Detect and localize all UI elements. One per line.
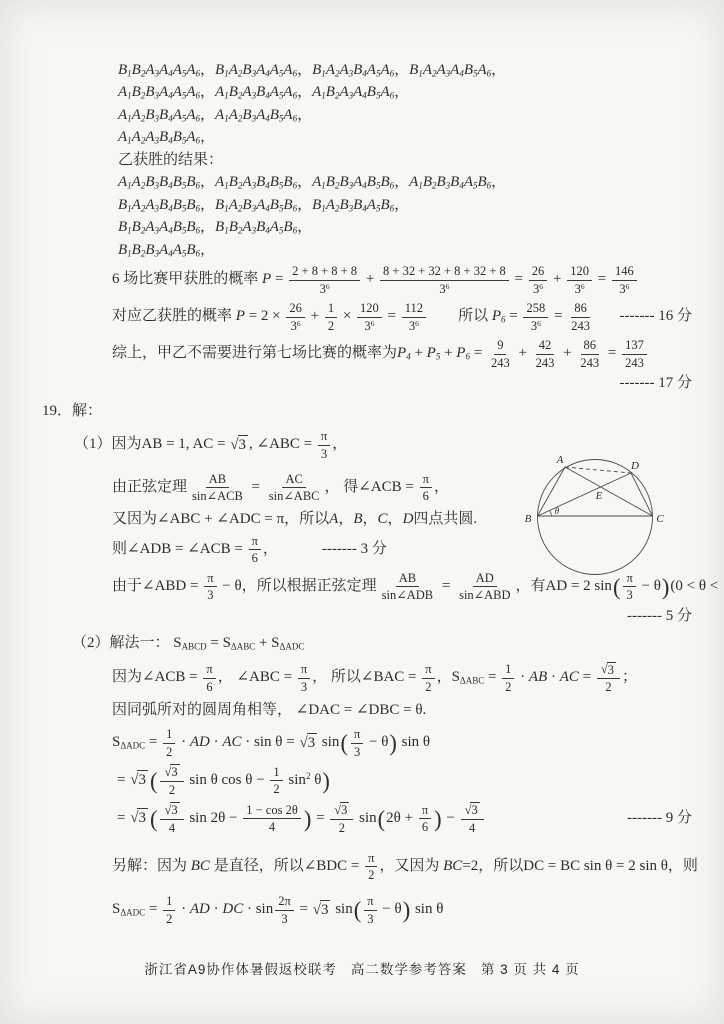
math-text: （2）解法一： SABCD = SΔABC + SΔADC	[72, 634, 304, 654]
math-text: ，	[394, 173, 409, 193]
math-text: ；	[622, 668, 637, 688]
math-text: ，	[200, 218, 215, 238]
sqrt-radical: √3	[299, 733, 317, 754]
math-line: A1A2B3B4A5A6，A1A2B3A4B5A6，	[118, 106, 724, 126]
math-line: = √3(√32 sin θ cos θ − 12 sin2 θ)	[117, 763, 724, 799]
outcome-sequence: A1B2B3B4A5B6	[409, 173, 491, 193]
math-text: 243	[625, 356, 644, 371]
fraction: 12	[270, 765, 282, 798]
big-paren: )	[403, 899, 411, 922]
math-variable: P5	[427, 344, 441, 364]
sqrt-radical: √3	[130, 770, 148, 791]
math-text: 36	[533, 282, 543, 297]
fraction: 12	[502, 662, 514, 695]
math-text: ，	[297, 218, 312, 238]
math-text: 4	[269, 820, 275, 835]
math-line: 6 场比赛甲获胜的概率 P = 2 + 8 + 8 + 836 + 8 + 32…	[112, 263, 724, 298]
math-text: 3	[171, 803, 177, 818]
outcome-sequence: B1A2B3A4B5B6	[215, 196, 297, 216]
math-text: 9	[497, 338, 503, 353]
math-text: 6	[423, 489, 429, 504]
math-text: 3	[608, 663, 614, 678]
outcome-sequence: A1A2B3B4B5B6	[118, 173, 200, 193]
math-text: 19．解：	[42, 402, 102, 422]
math-text: 243	[491, 356, 510, 371]
math-line: SΔADC = 12 · AD · DC · sin2π3 = √3 sin(π…	[112, 893, 724, 928]
fraction: 137243	[622, 338, 647, 371]
math-text: ------- 9 分	[627, 809, 692, 829]
math-text: =	[271, 270, 287, 290]
math-text: 所以	[458, 307, 492, 327]
math-text: 26	[289, 301, 302, 316]
math-text: − θ	[365, 733, 388, 753]
math-text: +	[411, 344, 427, 364]
math-text: 8 + 32 + 32 + 8 + 32 + 8	[383, 264, 506, 279]
math-text: SΔADC =	[112, 900, 161, 920]
math-text: π	[206, 662, 212, 677]
math-text: 2	[169, 783, 175, 798]
math-text: 120	[570, 264, 589, 279]
outcome-sequence: B1B2A3A4A5A6	[118, 61, 200, 81]
outcome-sequence: A1B2B3A4A5A6	[118, 83, 200, 103]
math-text: ------- 3 分	[322, 540, 387, 560]
math-text: =	[470, 344, 486, 364]
math-text: ，	[200, 241, 215, 261]
math-text: 3	[171, 765, 177, 780]
math-text: − θ	[379, 900, 402, 920]
math-text: sin	[355, 809, 376, 829]
math-text: 4	[469, 821, 475, 836]
math-text: 36	[575, 282, 585, 297]
math-text: ，	[394, 61, 409, 81]
fraction: 14636	[612, 264, 637, 297]
math-line: 因为∠ACB = π6， ∠ABC = π3， 所以∠BAC = π2，SΔAB…	[112, 661, 724, 697]
math-text: 是直径，所以∠BDC =	[210, 857, 363, 877]
math-text: sin θ	[411, 900, 443, 920]
math-text: 120	[360, 301, 379, 316]
math-text: 258	[526, 301, 545, 316]
outcome-sequence: A1A2B3B4A5A6	[118, 106, 200, 126]
fraction: 12036	[567, 264, 592, 297]
fraction: √32	[330, 802, 353, 836]
fraction: √34	[160, 802, 183, 836]
math-text: 3	[239, 436, 247, 456]
math-text: ，	[332, 435, 347, 455]
math-text: +	[362, 270, 378, 290]
math-text: 1	[328, 301, 334, 316]
math-variable: AC	[560, 668, 579, 688]
math-text: sin θ cos θ −	[186, 771, 269, 791]
fraction: 1 − cos 2θ4	[243, 803, 301, 836]
math-line: 另解：因为 BC 是直径，所以∠BDC = π2，又因为 BC=2，所以DC =…	[112, 850, 724, 885]
math-text: +	[549, 270, 565, 290]
math-text: ，	[263, 540, 278, 560]
math-line: 因同弧所对的圆周角相等， ∠DAC = ∠DBC = θ.	[112, 701, 724, 721]
math-text: =2，所以DC = BC sin θ = 2 sin θ，则	[462, 857, 698, 877]
outcome-sequence: B1A2A3B4B5B6	[118, 196, 200, 216]
math-text: 42	[539, 338, 552, 353]
math-text: ·	[516, 668, 529, 688]
math-text: sin	[331, 900, 352, 920]
big-paren: (	[354, 899, 362, 922]
math-variable: P	[262, 270, 271, 290]
math-text: ·	[547, 668, 560, 688]
math-text: sin∠ADB	[382, 588, 433, 603]
math-text: ，	[200, 173, 215, 193]
math-text: 3	[308, 734, 316, 754]
math-text: 综上，甲乙不需要进行第七场比赛的概率为	[112, 344, 397, 364]
math-text: ，	[297, 106, 312, 126]
math-text: · sin	[243, 900, 273, 920]
math-text: π	[252, 534, 258, 549]
math-text: π	[368, 851, 374, 866]
math-text: ，	[297, 173, 312, 193]
math-text: 1	[166, 727, 172, 742]
angle-theta-arc	[550, 511, 552, 517]
outcome-sequence: B1B2A3B4A5B6	[215, 218, 297, 238]
fraction: 12	[163, 727, 175, 760]
vertex-label-C: C	[656, 513, 664, 525]
math-text: ，	[394, 83, 409, 103]
fraction: 25836	[523, 301, 548, 334]
math-text: · sin θ =	[242, 733, 299, 753]
math-text: sin 2θ −	[186, 809, 242, 829]
outcome-sequence: A1B2B3A4B5B6	[312, 173, 394, 193]
math-text: +	[307, 307, 323, 327]
math-text: =	[438, 577, 454, 597]
math-text: 2	[605, 680, 611, 695]
fraction: ABsin∠ACB	[189, 472, 246, 505]
math-line: A1A2B3B4B5B6，A1B2A3B4B5B6，A1B2B3A4B5B6，A…	[118, 173, 724, 193]
scanned-answer-page: B1B2A3A4A5A6，B1A2B3A4A5A6，B1A2A3B4A5A6，B…	[0, 0, 724, 1024]
math-text: π	[423, 472, 429, 487]
fraction: 11236	[402, 301, 426, 334]
math-text: =	[296, 900, 312, 920]
vertex-label-E: E	[595, 490, 603, 502]
math-text: ------- 5 分	[627, 607, 692, 627]
math-variable: AB	[529, 668, 547, 688]
math-text: 243	[580, 356, 599, 371]
math-text: 243	[536, 356, 555, 371]
fraction: 42243	[533, 338, 558, 371]
big-paren: (	[378, 807, 386, 830]
math-text: 36	[439, 282, 449, 297]
math-text: sin θ	[398, 733, 430, 753]
math-text: 因为∠ACB =	[112, 668, 201, 688]
math-text: 36	[320, 282, 330, 297]
math-text: ，	[200, 106, 215, 126]
math-text: −	[443, 809, 459, 829]
fraction: √32	[597, 662, 620, 696]
math-text: sin2 θ	[285, 771, 322, 791]
math-text: π	[354, 727, 360, 742]
math-text: =	[604, 344, 620, 364]
math-text: π	[422, 803, 428, 818]
math-variable: P6	[492, 307, 506, 327]
math-text: 2	[425, 680, 431, 695]
math-text: 3	[471, 803, 477, 818]
fraction: 2π3	[275, 894, 294, 927]
math-text: 36	[364, 319, 374, 334]
footer-exam-name: 浙江省A9协作体暑假返校联考	[144, 962, 337, 977]
math-variable: BC	[443, 857, 462, 877]
math-variable: AD	[190, 733, 210, 753]
math-text: AD	[476, 571, 494, 586]
math-line: B1B2B3A4A5B6，	[118, 241, 724, 261]
fraction: 86243	[577, 338, 602, 371]
circle-geometry-figure: A D B C E θ	[512, 436, 688, 600]
math-text: sin∠ACB	[192, 489, 243, 504]
vertex-label-B: B	[525, 513, 532, 525]
math-text: 2	[339, 821, 345, 836]
chord-AC	[565, 467, 653, 516]
math-text: ，又因为	[379, 857, 443, 877]
outcome-sequence: B1B2B3A4A5B6	[118, 241, 200, 261]
math-text: ，	[363, 510, 378, 530]
math-text: 3	[321, 447, 327, 462]
fraction: π3	[204, 571, 216, 604]
math-text: =	[384, 307, 400, 327]
math-text: AB	[399, 571, 416, 586]
big-paren: (	[340, 732, 348, 755]
math-text: 1	[273, 765, 279, 780]
fraction: 86243	[568, 301, 593, 334]
fraction: √32	[160, 764, 183, 798]
math-text: 86	[584, 338, 597, 353]
math-text: ，	[338, 510, 353, 530]
footer-subject: 高二数学参考答案	[351, 962, 467, 977]
math-line: 综上，甲乙不需要进行第七场比赛的概率为P4 + P5 + P6 = 9243 +…	[112, 337, 724, 372]
math-text: ， 得∠ACB =	[325, 478, 418, 498]
math-text: ·	[210, 733, 223, 753]
big-paren: )	[322, 769, 330, 792]
math-variable: B	[353, 510, 362, 530]
fraction: π3	[351, 727, 363, 760]
sqrt-radical: √3	[164, 764, 179, 780]
math-text: 1	[166, 894, 172, 909]
math-variable: C	[378, 510, 388, 530]
sqrt-radical: √3	[130, 808, 148, 829]
math-text: π	[321, 429, 327, 444]
math-text: ，	[200, 196, 215, 216]
math-text: 6	[422, 820, 428, 835]
math-variable: P6	[456, 344, 470, 364]
math-text: =	[248, 478, 264, 498]
sqrt-radical: √3	[601, 662, 616, 678]
math-line: B1A2A3B4B5B6，B1A2B3A4B5B6，B1A2B3B4A5B6，	[118, 196, 724, 216]
fraction: π2	[422, 662, 434, 695]
math-variable: AD	[190, 900, 210, 920]
math-text: ------- 16 分	[620, 307, 692, 327]
math-text: =	[550, 307, 566, 327]
fraction: π2	[365, 851, 377, 884]
big-paren: (	[150, 769, 158, 792]
sqrt-radical: √3	[465, 802, 480, 818]
math-text: ，	[491, 61, 506, 81]
math-line: ------- 17 分	[0, 374, 724, 394]
math-text: 2	[273, 782, 279, 797]
math-text: π	[301, 662, 307, 677]
fraction: ABsin∠ADB	[379, 571, 436, 604]
math-text: 因同弧所对的圆周角相等， ∠DAC = ∠DBC = θ.	[112, 701, 426, 721]
math-text: +	[440, 344, 456, 364]
chord-BA	[538, 467, 566, 516]
math-text: =	[117, 809, 129, 829]
math-text: 146	[615, 264, 634, 279]
big-paren: (	[150, 807, 158, 830]
math-text: 1 − cos 2θ	[246, 803, 298, 818]
math-text: 86	[574, 301, 587, 316]
sqrt-radical: √3	[164, 802, 179, 818]
math-text: 3	[341, 803, 347, 818]
math-variable: DC	[222, 900, 243, 920]
math-text: 3	[367, 912, 373, 927]
math-text: ，	[297, 61, 312, 81]
math-text: 3	[138, 771, 146, 791]
math-text: ，	[297, 196, 312, 216]
math-text: 则∠ADB = ∠ACB =	[112, 540, 247, 560]
math-text: =	[117, 771, 129, 791]
math-variable: D	[403, 510, 414, 530]
fraction: π3	[298, 662, 310, 695]
footer-page-info: 第 3 页 共 4 页	[481, 962, 580, 977]
fraction: 12	[163, 894, 175, 927]
math-text: 6	[252, 551, 258, 566]
outcome-sequence: A1B2A3B4A5A6	[215, 83, 297, 103]
fraction: 9243	[488, 338, 513, 371]
math-text: 6 场比赛甲获胜的概率	[112, 270, 262, 290]
math-text: ， 所以∠BAC =	[312, 668, 420, 688]
math-text: =	[506, 307, 522, 327]
math-text: 3	[281, 912, 287, 927]
math-text: π	[367, 894, 373, 909]
math-text: 36	[409, 319, 419, 334]
math-text: 26	[532, 264, 545, 279]
math-text: ， ∠ABC =	[218, 668, 296, 688]
math-text: 243	[571, 319, 590, 334]
math-line: 对应乙获胜的概率 P = 2 × 2636 + 12 × 12036 = 112…	[112, 300, 724, 335]
math-text: 6	[206, 680, 212, 695]
math-text: 对应乙获胜的概率	[112, 307, 236, 327]
fraction: π6	[420, 472, 432, 505]
math-text: =	[594, 270, 610, 290]
fraction: π6	[203, 662, 215, 695]
outcome-sequence: B1A2B3B4A5B6	[312, 196, 394, 216]
fraction: π6	[249, 534, 261, 567]
math-text: ，	[200, 61, 215, 81]
math-text: 另解：因为	[112, 857, 191, 877]
math-text: , ∠ABC =	[249, 435, 316, 455]
math-line: 乙获胜的结果：	[118, 151, 724, 171]
math-text: π	[207, 571, 213, 586]
math-text: 3	[138, 809, 146, 829]
math-text: AB	[209, 472, 226, 487]
outcome-sequence: A1A2B3A4B5A6	[215, 106, 297, 126]
math-text: 乙获胜的结果：	[118, 151, 223, 171]
math-text: ，	[394, 196, 409, 216]
math-line: A1B2B3A4A5A6，A1B2A3B4A5A6，A1B2A3A4B5A6，	[118, 83, 724, 103]
big-paren: )	[304, 807, 312, 830]
math-text: 3	[207, 588, 213, 603]
circumscribed-circle	[538, 460, 653, 575]
fraction: ACsin∠ABC	[266, 472, 323, 505]
math-text: 2	[166, 912, 172, 927]
math-text: AC	[285, 472, 302, 487]
math-text: ------- 17 分	[620, 374, 692, 394]
math-text: − θ，所以根据正弦定理	[219, 577, 377, 597]
math-variable: A	[329, 510, 338, 530]
outcome-sequence: A1B2A3A4B5A6	[312, 83, 394, 103]
outcome-sequence: B1B2A3A4B5B6	[118, 218, 200, 238]
fraction: π3	[364, 894, 376, 927]
math-line: A1A2A3B4B5A6，	[118, 128, 724, 148]
math-text: ×	[339, 307, 355, 327]
math-text: sin∠ABC	[269, 489, 320, 504]
outcome-sequence: B1A2A3A4B5A6	[409, 61, 491, 81]
fraction: 8 + 32 + 32 + 8 + 32 + 836	[380, 264, 509, 297]
vertex-label-D: D	[630, 460, 639, 472]
math-text: ·	[210, 900, 223, 920]
math-text: 2	[328, 319, 334, 334]
math-text: π	[425, 662, 431, 677]
math-line: （2）解法一： SABCD = SΔABC + SΔADC	[72, 634, 724, 654]
outcome-sequence: A1A2A3B4B5A6	[118, 128, 200, 148]
math-text: 3	[354, 745, 360, 760]
math-text: 由于∠ABD =	[112, 577, 202, 597]
fraction: π3	[318, 429, 330, 462]
sqrt-radical: √3	[334, 802, 349, 818]
vertex-label-A: A	[556, 454, 564, 466]
math-variable: AC	[222, 733, 241, 753]
math-variable: P	[236, 307, 245, 327]
math-text: 2π	[278, 894, 291, 909]
math-line: ------- 5 分	[0, 607, 724, 627]
math-text: 3	[321, 901, 329, 921]
fraction: √34	[461, 802, 484, 836]
math-text: ，SΔABC =	[437, 668, 501, 688]
math-text: 3	[301, 680, 307, 695]
math-text: ，	[491, 173, 506, 193]
math-text: 由正弦定理	[112, 478, 187, 498]
math-text: ，	[434, 478, 449, 498]
math-text: 2	[505, 680, 511, 695]
big-paren: )	[389, 732, 397, 755]
math-text: =	[579, 668, 595, 688]
math-text: =	[511, 270, 527, 290]
math-line: B1B2A3A4A5A6，B1A2B3A4A5A6，B1A2A3B4A5A6，B…	[118, 61, 724, 81]
math-text: 2	[368, 868, 374, 883]
math-line: = √3(√34 sin 2θ − 1 − cos 2θ4) = √32 sin…	[117, 801, 724, 837]
big-paren: )	[434, 807, 442, 830]
math-text: ，	[388, 510, 403, 530]
math-text: = 2 ×	[245, 307, 284, 327]
fraction: ADsin∠ABD	[456, 571, 513, 604]
math-text: 36	[291, 319, 301, 334]
math-text: sin∠ABD	[459, 588, 510, 603]
sqrt-radical: √3	[313, 900, 331, 921]
math-text: =	[312, 809, 328, 829]
math-text: 2θ +	[386, 809, 417, 829]
math-line: SΔADC = 12 · AD · AC · sin θ = √3 sin(π3…	[112, 726, 724, 761]
math-text: 四点共圆.	[413, 510, 477, 530]
math-text: 又因为∠ABC + ∠ADC = π，所以	[112, 510, 329, 530]
math-text: 2	[166, 745, 172, 760]
math-line: B1B2A3A4B5B6，B1B2A3B4A5B6，	[118, 218, 724, 238]
math-text: 112	[405, 301, 423, 316]
fraction: 12036	[357, 301, 382, 334]
math-text: +	[515, 344, 531, 364]
math-text: （1）因为AB = 1, AC =	[74, 435, 229, 455]
